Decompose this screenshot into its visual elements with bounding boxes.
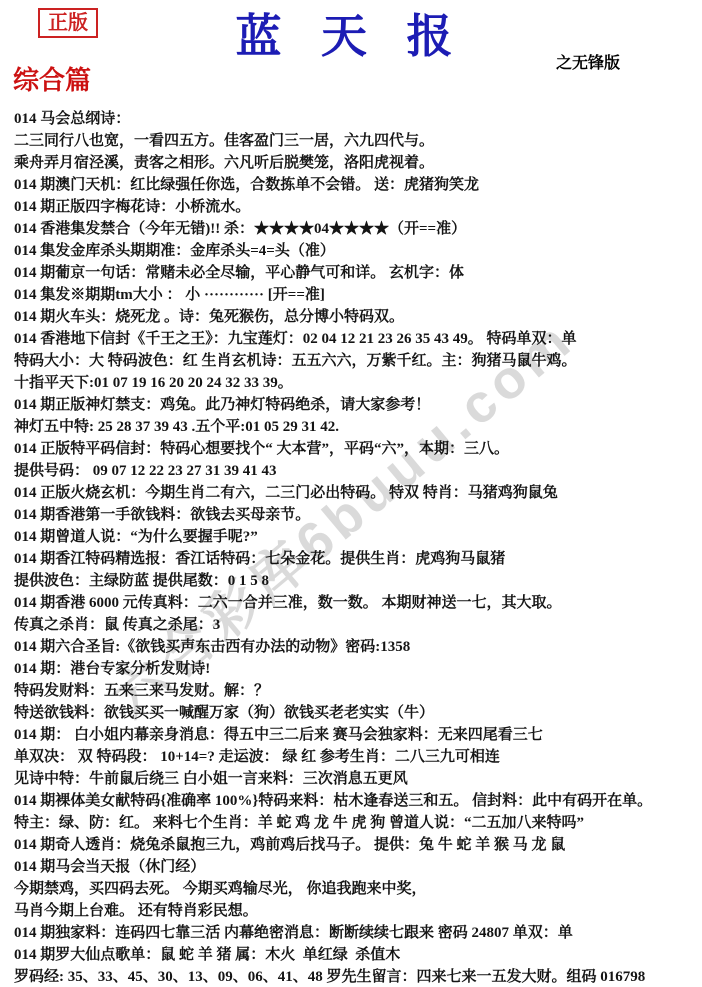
text-line: 特主：绿、防：红。 来料七个生肖：羊 蛇 鸡 龙 牛 虎 狗 曾道人说：“二五加… <box>14 812 694 834</box>
text-line: 罗码经: 35、33、45、30、13、09、06、41、48 罗先生留言：四来… <box>14 966 694 987</box>
text-line: 014 期奇人透肖：烧兔杀鼠抱三九，鸡前鸡后找马子。 提供：兔 牛 蛇 羊 猴 … <box>14 834 694 856</box>
text-line: 乘舟弄月宿泾溪，责客之相形。六凡听后脱樊笼，洛阳虎视着。 <box>14 152 694 174</box>
text-line: 见诗中特：牛前鼠后绕三 白小姐一言来料：三次消息五更风 <box>14 768 694 790</box>
text-line: 014 期马会当天报（休门经） <box>14 856 694 878</box>
text-line: 014 期澳门天机：红比绿强任你选，合数拣单不会错。 送：虎猪狗笑龙 <box>14 174 694 196</box>
text-line: 014 期罗大仙点歌单：鼠 蛇 羊 猪 属：木火 单红绿 杀值木 <box>14 944 694 966</box>
text-line: 特码发财料：五来三来马发财。解：？ <box>14 680 694 702</box>
page-header: 正版 蓝 天 报 之无锋版 综合篇 <box>0 0 702 104</box>
text-line: 014 集发※期期tm大小 ： 小 ············ [开==准] <box>14 284 694 306</box>
body-text: 014 马会总纲诗：二三同行八也宽，一看四五方。佳客盈门三一居，六九四代与。乘舟… <box>14 108 694 987</box>
text-line: 提供波色：主绿防蓝 提供尾数：0 1 5 8 <box>14 570 694 592</box>
text-line: 014 期六合圣旨:《欲钱买声东击西有办法的动物》密码:1358 <box>14 636 694 658</box>
text-line: 014 期裸体美女献特码{准确率 100%}特码来料：枯木逢春送三和五。 信封料… <box>14 790 694 812</box>
text-line: 014 期： 白小姐内幕亲身消息：得五中三二后来 赛马会独家料：无来四尾看三七 <box>14 724 694 746</box>
text-line: 单双决： 双 特码段： 10+14=? 走运波： 绿 红 参考生肖：二八三九可相… <box>14 746 694 768</box>
text-line: 提供号码： 09 07 12 22 23 27 31 39 41 43 <box>14 460 694 482</box>
text-line: 014 期香港第一手欲钱料：欲钱去买母亲节。 <box>14 504 694 526</box>
text-line: 014 期正版神灯禁支：鸡兔。此乃神灯特码绝杀，请大家参考！ <box>14 394 694 416</box>
text-line: 014 期香江特码精选报：香江话特码：七朵金花。提供生肖：虎鸡狗马鼠猪 <box>14 548 694 570</box>
text-line: 014 马会总纲诗： <box>14 108 694 130</box>
text-line: 014 香港地下信封《千王之王》：九宝莲灯：02 04 12 21 23 26 … <box>14 328 694 350</box>
text-line: 十指平天下:01 07 19 16 20 20 24 32 33 39。 <box>14 372 694 394</box>
text-line: 特码大小：大 特码波色：红 生肖玄机诗：五五六六，万紫千红。主：狗猪马鼠牛鸡。 <box>14 350 694 372</box>
text-line: 014 香港集发禁合（今年无错)!! 杀：★★★★04★★★★（开==准） <box>14 218 694 240</box>
text-line: 神灯五中特: 25 28 37 39 43 .五个平:01 05 29 31 4… <box>14 416 694 438</box>
edition-label: 之无锋版 <box>556 50 620 73</box>
section-title: 综合篇 <box>13 60 91 97</box>
text-line: 马肖今期上台难。 还有特肖彩民想。 <box>14 900 694 922</box>
newspaper-page: 六合彩库6buuu.com 正版 蓝 天 报 之无锋版 综合篇 014 马会总纲… <box>0 0 702 987</box>
text-line: 传真之杀肖：鼠 传真之杀尾：3 <box>14 614 694 636</box>
text-line: 014 期正版四字梅花诗：小桥流水。 <box>14 196 694 218</box>
text-line: 014 期葡京一句话：常赌未必全尽输，平心静气可和详。 玄机字：体 <box>14 262 694 284</box>
text-line: 二三同行八也宽，一看四五方。佳客盈门三一居，六九四代与。 <box>14 130 694 152</box>
text-line: 014 正版特平码信封：特码心想要找个“ 大本营”，平码“六”，本期：三八。 <box>14 438 694 460</box>
text-line: 014 期曾道人说：“为什么要握手呢?” <box>14 526 694 548</box>
text-line: 014 期独家料：连码四七靠三活 内幕绝密消息：断断续续七跟来 密码 24807… <box>14 922 694 944</box>
text-line: 014 正版火烧玄机：今期生肖二有六，二三门必出特码。 特双 特肖：马猪鸡狗鼠兔 <box>14 482 694 504</box>
text-line: 014 期火车头：烧死龙 。诗：兔死猴伤，总分博小特码双。 <box>14 306 694 328</box>
text-line: 014 期：港台专家分析发财诗! <box>14 658 694 680</box>
text-line: 014 期香港 6000 元传真料：二六一合并三准，数一数。 本期财神送一七，其… <box>14 592 694 614</box>
text-line: 今期禁鸡，买四码去死。 今期买鸡输尽光， 你追我跑来中奖， <box>14 878 694 900</box>
text-line: 014 集发金库杀头期期准：金库杀头=4=头（准） <box>14 240 694 262</box>
text-line: 特送欲钱料：欲钱买买一喊醒万家（狗）欲钱买老老实实（牛） <box>14 702 694 724</box>
